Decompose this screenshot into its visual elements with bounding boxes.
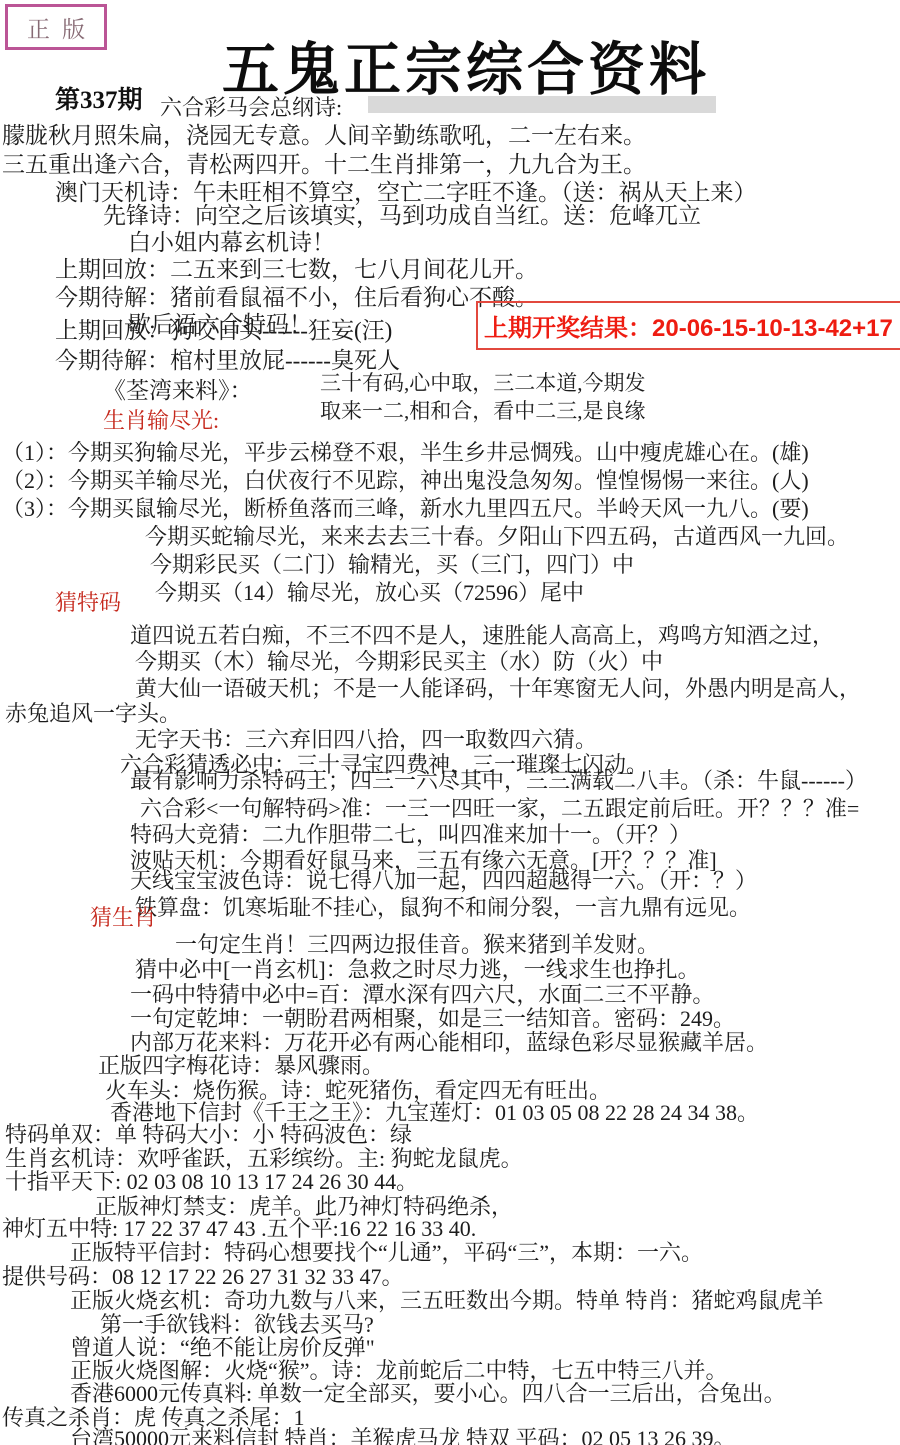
text-line: 上期回放：二五来到三七数，七八月间花儿开。 — [55, 257, 538, 283]
text-line: 《荃湾来料》： — [103, 378, 253, 404]
text-line: 六合彩马会总纲诗: — [160, 95, 342, 120]
stamp-label: 正版 — [15, 11, 97, 44]
authentic-stamp: 正版 — [5, 4, 107, 50]
text-line: 猜中必中[一肖玄机]：急救之时尽力逃，一线求生也挣扎。 — [135, 957, 700, 982]
text-line: 三十有码,心中取，三二本道,今期发 — [320, 371, 646, 395]
text-line: 特码单双：单 特码大小：小 特码波色：绿 — [5, 1122, 412, 1147]
section-header: 生肖输尽光: — [103, 408, 219, 433]
text-line: 六合彩<一句解特码>准：一三一四旺一家，二五跟定前后旺。开？？？准= — [140, 796, 859, 821]
text-line: 特码大竞猜：二九作胆带二七，叫四准来加十一。（开？） — [130, 822, 691, 847]
text-line: 天线宝宝波色诗：说七得八加一起，四四超越得一六。（开：？） — [130, 868, 757, 893]
text-line: 十指平天下: 02 03 08 10 13 17 24 26 30 44。 — [5, 1169, 418, 1194]
section-header: 猜生肖 — [90, 905, 156, 930]
text-line: 正版火烧图解：火烧“猴”。诗：龙前蛇后二中特，七五中特三八并。 — [70, 1358, 728, 1383]
text-line: 正版火烧玄机：奇功九数与八来，三五旺数出今期。特单 特肖：猪蛇鸡鼠虎羊 — [70, 1288, 824, 1313]
text-line: 先锋诗：向空之后该填实，马到功成自当红。送：危峰兀立 — [103, 203, 701, 229]
text-line: 香港6000元传真料: 单数一定全部买，要小心。四八合一三后出，合兔出。 — [70, 1381, 786, 1406]
document-page: { "title": "五鬼正宗综合资料", "stamp": { "label… — [0, 0, 900, 1445]
text-line: 一句定生肖！三四两边报佳音。猴来猪到羊发财。 — [175, 932, 659, 957]
text-line: （2）：今期买羊输尽光，白伏夜行不见踪，神出鬼没急匆匆。惶惶惕惕一来往。(人) — [2, 468, 809, 493]
text-line: 黄大仙一语破天机；不是一人能译码，十年寒窗无人问，外愚内明是高人， — [135, 676, 861, 701]
text-line: 朦胧秋月照朱扁，浇园无专意。人间辛勤练歌吼，二一左右来。 — [2, 123, 646, 149]
text-line: 上期回放：狗咬日头------狂妄(汪) — [55, 318, 392, 344]
text-line: 生肖玄机诗：欢呼雀跃，五彩缤纷。主: 狗蛇龙鼠虎。 — [5, 1146, 523, 1171]
text-line: 道四说五若白痴，不三不四不是人，速胜能人高高上，鸡鸣方知酒之过， — [130, 623, 834, 648]
text-line: 内部万花来料：万花开必有两心能相印，蓝绿色彩尽显猴藏羊居。 — [130, 1030, 768, 1055]
text-line: 正版特平信封：特码心想要找个“儿通”，平码“三”，本期：一六。 — [70, 1240, 703, 1265]
text-line: 第一手欲钱料：欲钱去买马? — [100, 1312, 374, 1337]
section-header: 猜特码 — [55, 590, 121, 615]
text-line: 神灯五中特: 17 22 37 47 43 .五个平:16 22 16 33 4… — [2, 1216, 476, 1241]
page-title: 五鬼正宗综合资料 — [222, 24, 710, 106]
scan-artifact-bar — [368, 96, 716, 113]
text-line: 提供号码：08 12 17 22 26 27 31 32 33 47。 — [2, 1264, 404, 1289]
text-line: 最有影响力杀特码王；四三一六尽其中，三三满载二八丰。（杀：牛鼠------） — [130, 768, 867, 793]
text-line: 三五重出逢六合，青松两四开。十二生肖排第一，九九合为王。 — [2, 152, 646, 178]
text-line: 赤兔追风一字头。 — [5, 701, 181, 726]
text-line: （3）：今期买鼠输尽光，断桥鱼落而三峰，新水九里四五尺。半岭天风一九八。(要) — [2, 496, 809, 521]
text-line: 曾道人说：“绝不能让房价反弹" — [70, 1335, 375, 1360]
text-line: 无字天书：三六弃旧四八拾，四一取数四六猜。 — [135, 727, 597, 752]
result-numbers: 20-06-15-10-13-42+17 — [652, 315, 893, 342]
text-line: 台湾50000元来料信封 特肖：羊猴虎马龙 特双 平码：02 05 13 26 … — [70, 1426, 736, 1445]
text-line: 白小姐内幕玄机诗！ — [128, 230, 335, 256]
text-line: 铁算盘：饥寒垢耻不挂心，鼠狗不和闹分裂，一言九鼎有远见。 — [135, 895, 751, 920]
text-line: 一句定乾坤：一朝盼君两相聚，如是三一结知音。密码：249。 — [130, 1006, 735, 1031]
text-line: 今期待解：猪前看鼠福不小，住后看狗心不酸。 — [55, 285, 538, 311]
text-line: （1）：今期买狗输尽光，平步云梯登不艰，半生乡井忌惆残。山中瘦虎雄心在。(雄) — [2, 440, 809, 465]
issue-number: 第337期 — [55, 80, 143, 116]
text-line: 今期买（14）输尽光，放心买（72596）尾中 — [155, 580, 584, 605]
text-line: 今期彩民买（二门）输精光，买（三门，四门）中 — [150, 552, 634, 577]
text-line: 今期买蛇输尽光，来来去去三十春。夕阳山下四五码，古道西风一九回。 — [145, 524, 849, 549]
text-line: 一码中特猜中必中=百：潭水深有四六尺，水面二三不平静。 — [130, 982, 714, 1007]
last-draw-result: 上期开奖结果：20-06-15-10-13-42+17 — [484, 308, 893, 343]
text-line: 正版四字梅花诗：暴风骤雨。 — [98, 1053, 384, 1078]
text-line: 今期买（木）输尽光，今期彩民买主（水）防（火）中 — [135, 649, 663, 674]
result-label: 上期开奖结果： — [484, 315, 652, 342]
text-line: 取来一二,相和合，看中二三,是良缘 — [320, 399, 646, 423]
